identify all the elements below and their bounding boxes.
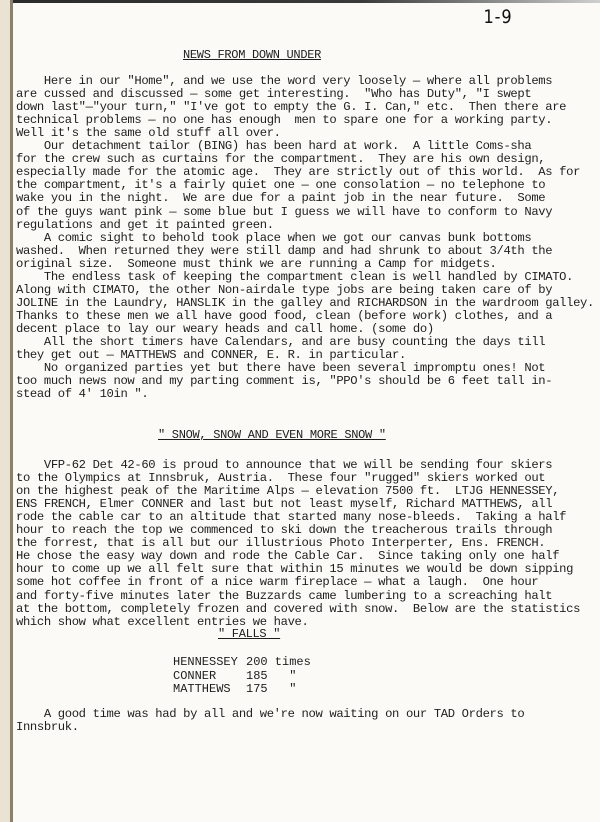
text-line: original size. Someone must think we are…: [16, 258, 497, 271]
text-line: Along with CIMATO, the other Non-airdale…: [16, 284, 552, 297]
text-line: Our detachment tailor (BING) has been ha…: [16, 140, 531, 153]
text-line: regulations and get it painted green.: [16, 219, 274, 232]
text-line: JOLINE in the Laundry, HANSLIK in the ga…: [16, 297, 594, 310]
binding-line: [10, 0, 13, 822]
binding-strip: [0, 0, 10, 822]
text-line: technical problems — no one has enough m…: [16, 114, 552, 127]
text-line: especially made for the atomic age. They…: [16, 166, 580, 179]
text-line: wake you in the night. We are due for a …: [16, 192, 545, 205]
text-line: at the bottom, completely frozen and cov…: [16, 603, 580, 616]
text-line: Here in our "Home", and we use the word …: [16, 75, 552, 88]
fall-count: 185 ": [246, 669, 296, 683]
text-line: No organized parties yet but there have …: [16, 362, 545, 375]
text-line: the forrest, that is all but our illustr…: [16, 537, 545, 550]
text-line: for the crew such as curtains for the co…: [16, 153, 545, 166]
article-title-snow: " SNOW, SNOW AND EVEN MORE SNOW ": [158, 428, 386, 442]
text-line: of the guys want pink — some blue but I …: [16, 206, 552, 219]
text-line: are cussed and discussed — some get inte…: [16, 88, 531, 101]
text-line: Thanks to these men we all have good foo…: [16, 310, 552, 323]
page-top-edge: [0, 0, 600, 3]
fall-count: 200 times: [246, 655, 311, 669]
article-title-news-from-down-under: NEWS FROM DOWN UNDER: [183, 48, 321, 62]
skier-name: MATTHEWS: [173, 682, 231, 696]
text-line: The endless task of keeping the compartm…: [16, 271, 573, 284]
skier-name: CONNER: [173, 669, 216, 683]
text-line: stead of 4' 10in ".: [16, 388, 148, 401]
text-line: to the Olympics at Innsbruk, Austria. Th…: [16, 472, 545, 485]
text-line: A good time was had by all and we're now…: [16, 708, 524, 721]
text-line: and forty-five minutes later the Buzzard…: [16, 590, 552, 603]
text-line: A comic sight to behold took place when …: [16, 232, 531, 245]
text-line: the compartment, it's a fairly quiet one…: [16, 179, 545, 192]
text-line: washed. When returned they were still da…: [16, 245, 552, 258]
text-line: down last"—"your turn," "I've got to emp…: [16, 101, 566, 114]
text-line: they get out — MATTHEWS and CONNER, E. R…: [16, 349, 406, 362]
text-line: hour to come up we all felt sure that wi…: [16, 563, 573, 576]
text-line: rode the cable car to an altitude that s…: [16, 511, 566, 524]
text-line: some hot coffee in front of a nice warm …: [16, 576, 538, 589]
text-line: hour to reach the top we commenced to sk…: [16, 524, 552, 537]
text-line: Innsbruk.: [16, 721, 79, 734]
falls-table-title: " FALLS ": [218, 627, 280, 641]
text-line: Well it's the same old stuff all over.: [16, 127, 281, 140]
text-line: ENS FRENCH, Elmer CONNER and last but no…: [16, 498, 552, 511]
text-line: on the highest peak of the Maritime Alps…: [16, 485, 559, 498]
text-line: VFP-62 Det 42-60 is proud to announce th…: [16, 459, 552, 472]
text-line: All the short timers have Calendars, and…: [16, 336, 545, 349]
fall-count: 175 ": [246, 682, 296, 696]
text-line: too much news now and my parting comment…: [16, 375, 552, 388]
text-line: decent place to lay our weary heads and …: [16, 323, 434, 336]
text-line: He chose the easy way down and rode the …: [16, 550, 559, 563]
handwritten-page-number: 1-9: [484, 6, 513, 28]
skier-name: HENNESSEY: [173, 655, 238, 669]
